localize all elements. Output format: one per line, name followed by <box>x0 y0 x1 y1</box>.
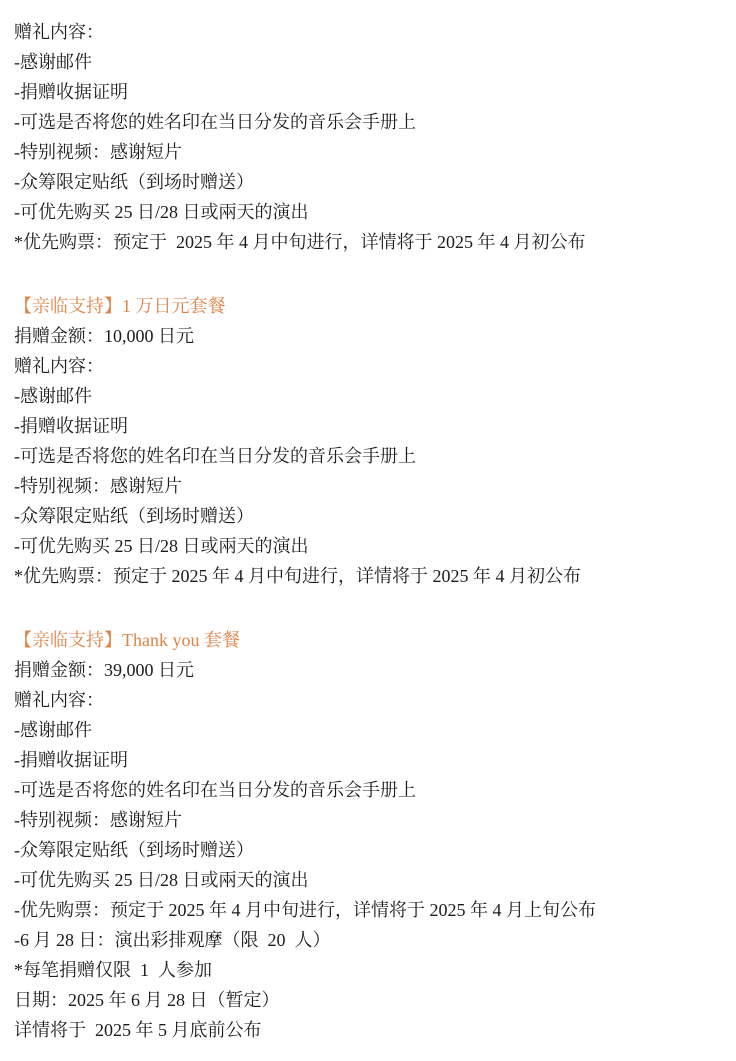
document-line: 赠礼内容： <box>14 17 722 47</box>
document-line: 捐赠金额：10,000 日元 <box>14 321 722 351</box>
document-line: -感谢邮件 <box>14 715 722 745</box>
section-tier-thank-you: 【亲临支持】Thank you 套餐 捐赠金额：39,000 日元 赠礼内容： … <box>14 625 722 1045</box>
document-line: 赠礼内容： <box>14 685 722 715</box>
document-line: -特别视频：感谢短片 <box>14 137 722 167</box>
document-line: -6 月 28 日：演出彩排观摩（限 20 人） <box>14 925 722 955</box>
document-line: -众筹限定贴纸（到场时赠送） <box>14 167 722 197</box>
document-line: -众筹限定贴纸（到场时赠送） <box>14 501 722 531</box>
document-line: 赠礼内容： <box>14 351 722 381</box>
document-line: -可优先购买 25 日/28 日或兩天的演出 <box>14 197 722 227</box>
document-line: -可选是否将您的姓名印在当日分发的音乐会手册上 <box>14 775 722 805</box>
document-line: -优先购票：预定于 2025 年 4 月中旬进行，详情将于 2025 年 4 月… <box>14 895 722 925</box>
document-line: 日期：2025 年 6 月 28 日（暂定） <box>14 985 722 1015</box>
document-line: -特别视频：感谢短片 <box>14 805 722 835</box>
document-line: -捐赠收据证明 <box>14 77 722 107</box>
document-line: -捐赠收据证明 <box>14 411 722 441</box>
document-line: -感谢邮件 <box>14 381 722 411</box>
document-line: 捐赠金额：39,000 日元 <box>14 655 722 685</box>
tier-heading-10000-yen: 【亲临支持】1 万日元套餐 <box>14 291 722 321</box>
section-tier-10000-yen: 【亲临支持】1 万日元套餐 捐赠金额：10,000 日元 赠礼内容： -感谢邮件… <box>14 291 722 591</box>
document-line: -可优先购买 25 日/28 日或兩天的演出 <box>14 531 722 561</box>
document-line: 详情将于 2025 年 5 月底前公布 <box>14 1015 722 1045</box>
tier-heading-thank-you: 【亲临支持】Thank you 套餐 <box>14 625 722 655</box>
document-line: -感谢邮件 <box>14 47 722 77</box>
document-line: -众筹限定贴纸（到场时赠送） <box>14 835 722 865</box>
section-gift-contents-continued: 赠礼内容： -感谢邮件 -捐赠收据证明 -可选是否将您的姓名印在当日分发的音乐会… <box>14 17 722 257</box>
document-line: -特别视频：感谢短片 <box>14 471 722 501</box>
document-line: -可优先购买 25 日/28 日或兩天的演出 <box>14 865 722 895</box>
document-line: *优先购票：预定于 2025 年 4 月中旬进行，详情将于 2025 年 4 月… <box>14 561 722 591</box>
document-line: -可选是否将您的姓名印在当日分发的音乐会手册上 <box>14 441 722 471</box>
document-page: 赠礼内容： -感谢邮件 -捐赠收据证明 -可选是否将您的姓名印在当日分发的音乐会… <box>0 0 736 1061</box>
document-line: -捐赠收据证明 <box>14 745 722 775</box>
document-line: *优先购票：预定于 2025 年 4 月中旬进行，详情将于 2025 年 4 月… <box>14 227 722 257</box>
document-line: -可选是否将您的姓名印在当日分发的音乐会手册上 <box>14 107 722 137</box>
document-line: *每笔捐赠仅限 1 人参加 <box>14 955 722 985</box>
